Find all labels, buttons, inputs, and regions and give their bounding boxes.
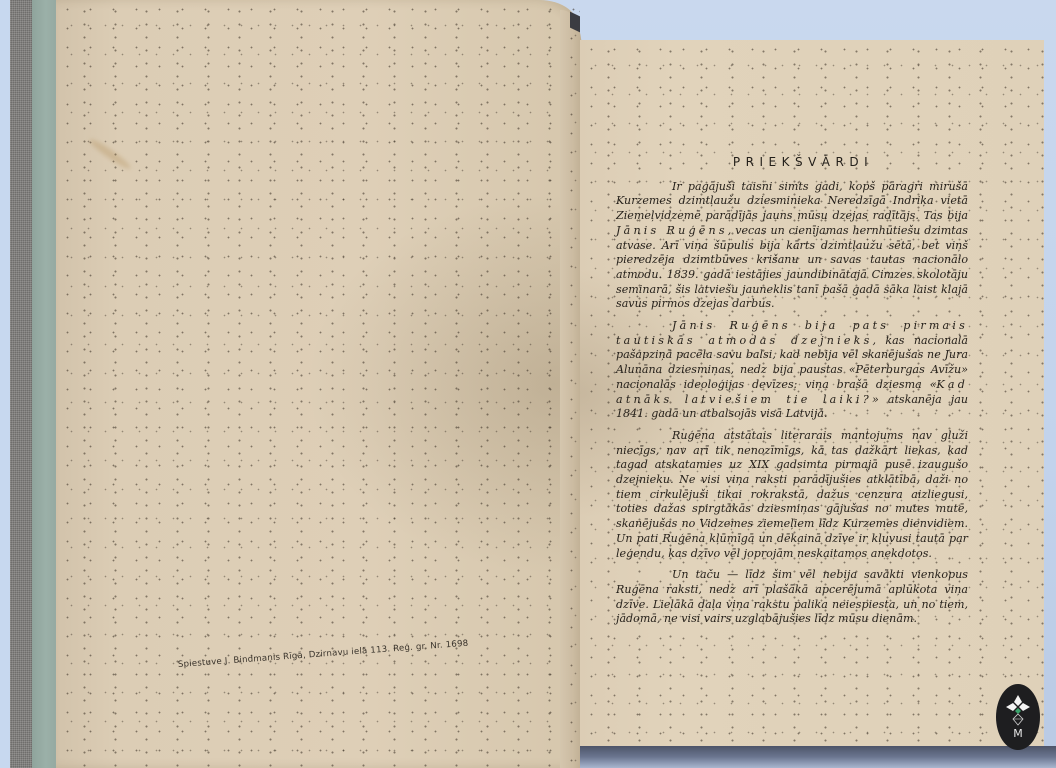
paragraph-3: Ruģēna atstātais literarais mantojums na… — [616, 429, 968, 561]
diamond-flower-monogram-icon: M — [1003, 692, 1033, 742]
paragraph-text: Ir pagājuši taisni simts gadi, kopš pāra… — [616, 180, 968, 222]
svg-text:M: M — [1013, 727, 1023, 740]
page-title: PRIEKŠVĀRDI — [638, 155, 968, 170]
emphasized-name: Jānis Ruģēns — [616, 224, 728, 237]
foreword-text: PRIEKŠVĀRDI Ir pagājuši taisni simts gad… — [616, 150, 968, 634]
paper-speckle — [560, 10, 582, 768]
paragraph-1: Ir pagājuši taisni simts gadi, kopš pāra… — [616, 180, 968, 312]
paragraph-2: Jānis Ruģēns bija pats pirmais tautiskās… — [616, 319, 968, 422]
book-spine-cloth — [10, 0, 34, 768]
table-shadow — [580, 746, 1056, 768]
left-page-curl — [560, 10, 582, 768]
watermark-logo: M — [996, 684, 1040, 750]
paragraph-4: Un taču — līdz šim vēl nebija savākti vi… — [616, 568, 968, 627]
